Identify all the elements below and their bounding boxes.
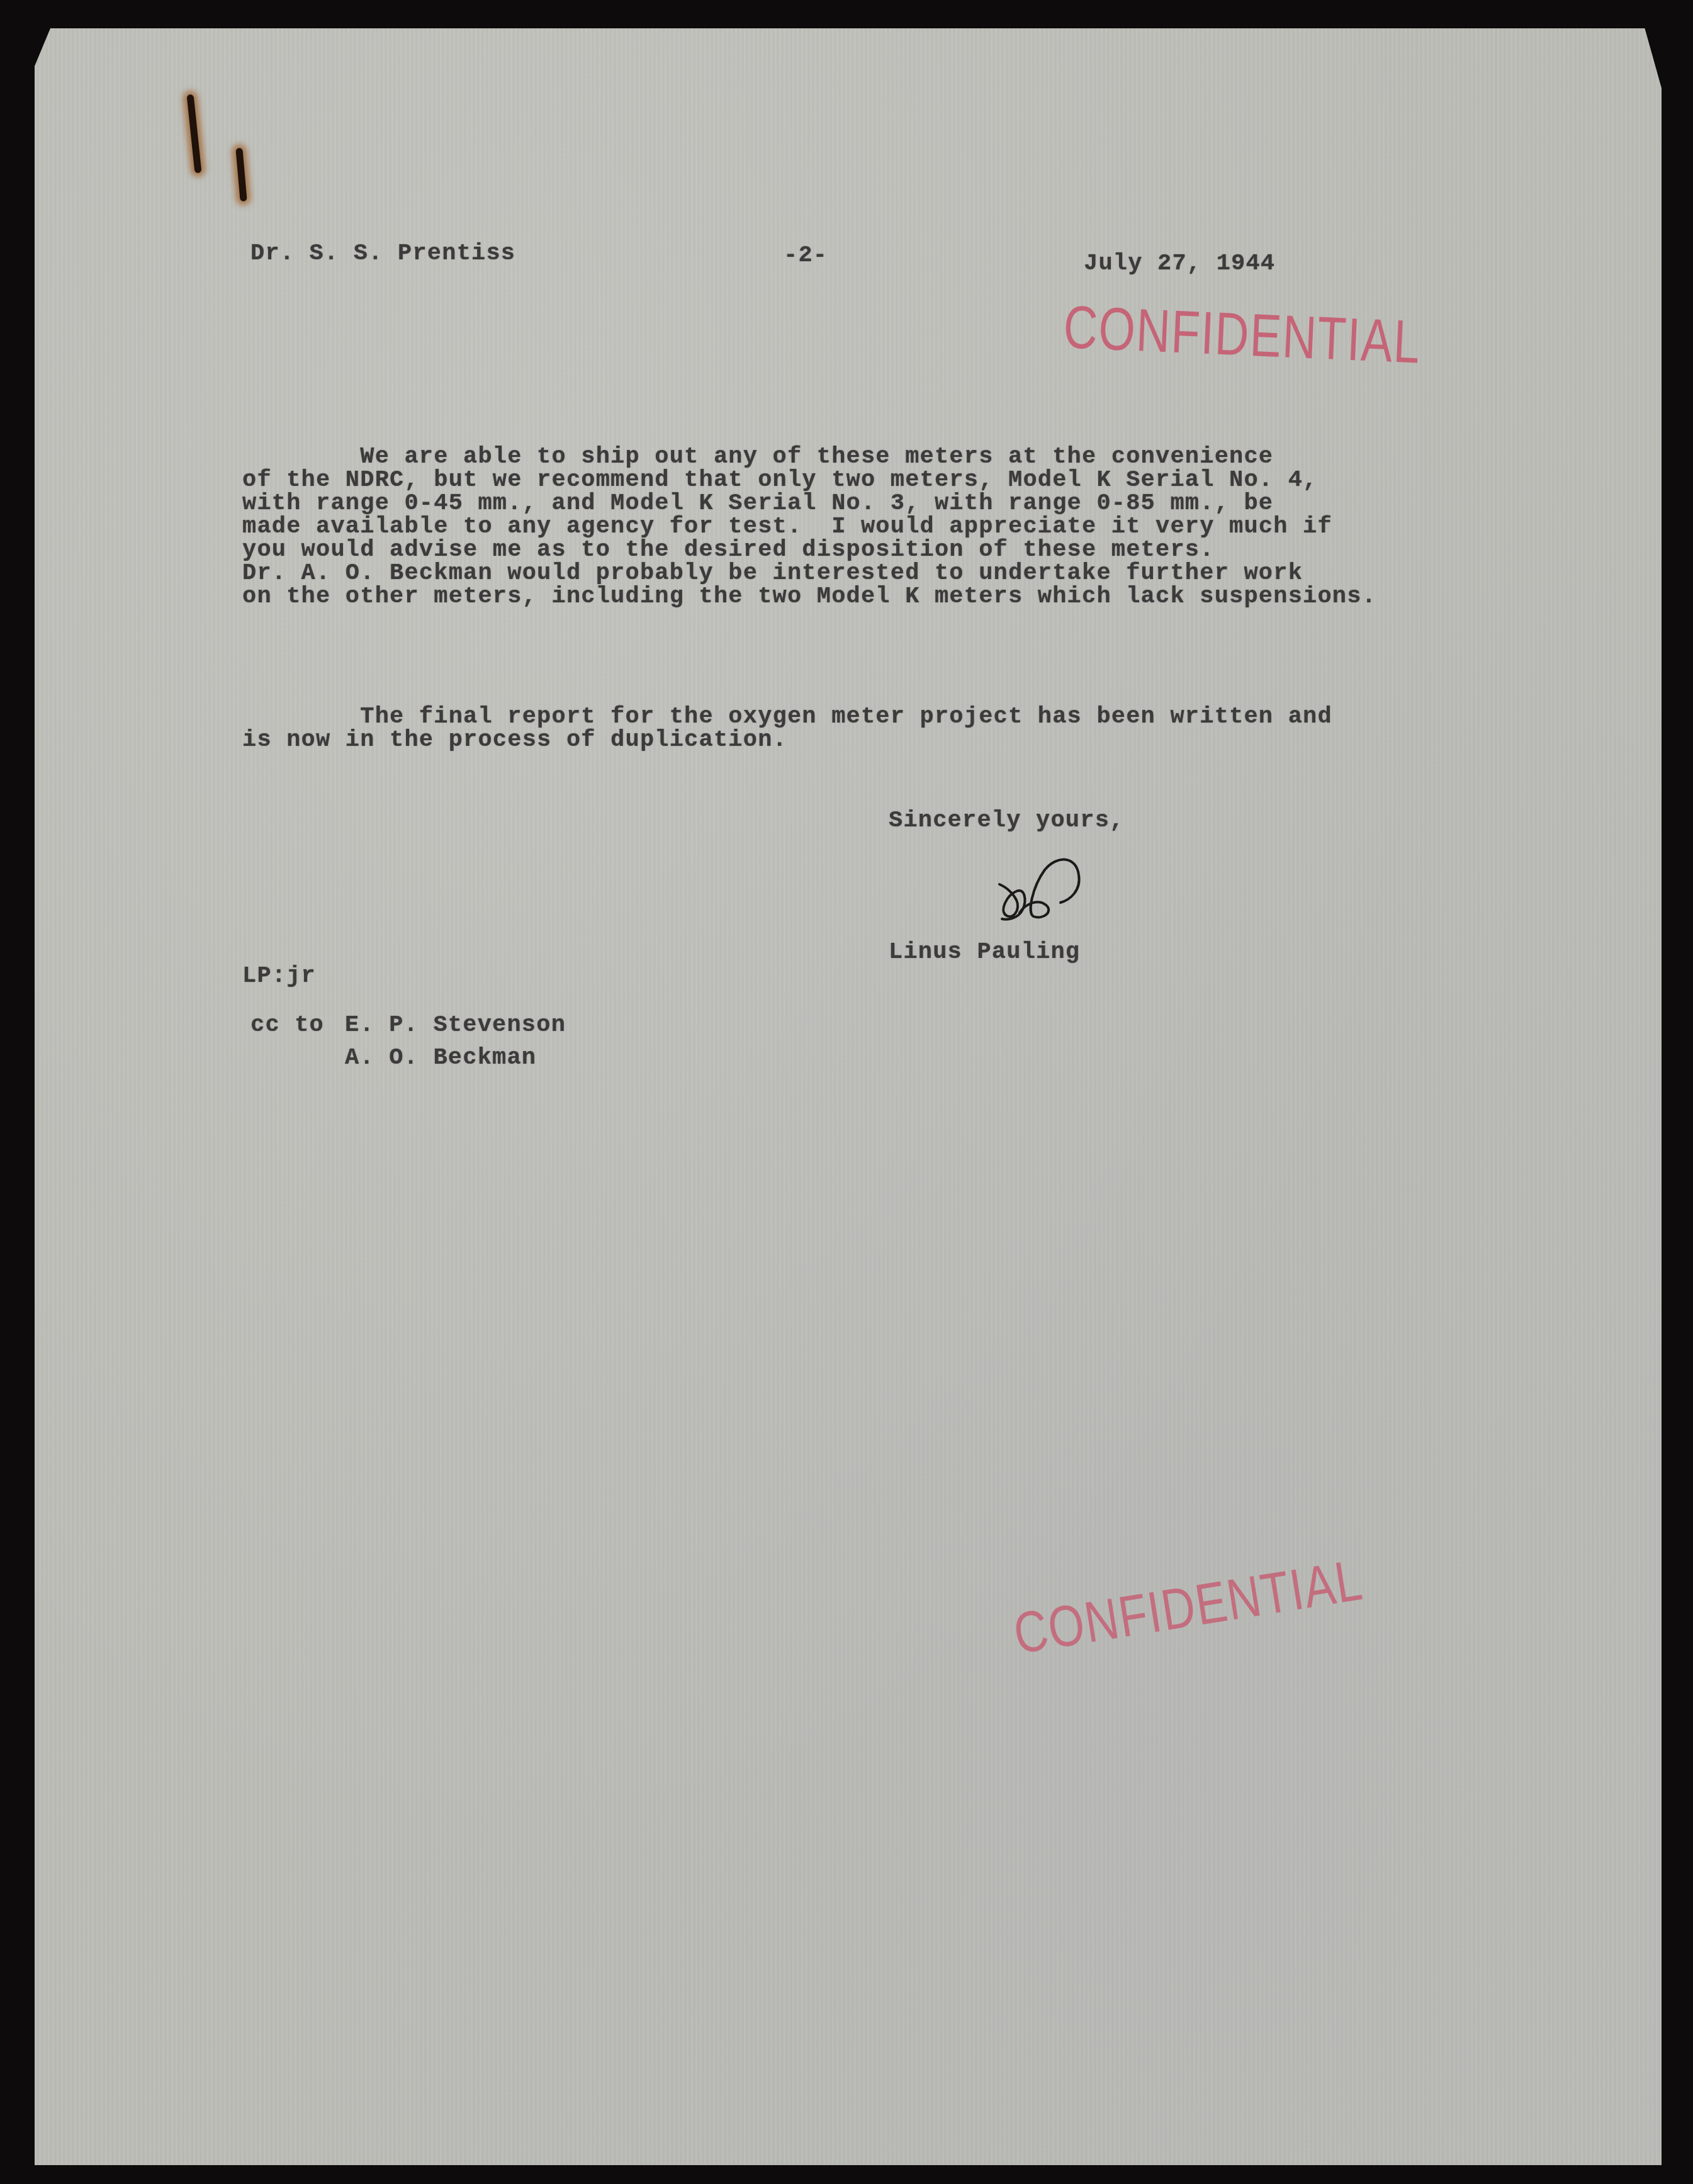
cc-recipient: A. O. Beckman [345,1045,536,1071]
paragraph-line: Dr. A. O. Beckman would probably be inte… [242,560,1303,587]
paragraph-line: of the NDRC, but we recommend that only … [242,467,1317,493]
closing-salutation: Sincerely yours, [889,808,1124,834]
paragraph-line: with range 0-45 mm., and Model K Serial … [242,490,1273,517]
paragraph-line: you would advise me as to the desired di… [242,537,1215,563]
letter-date: July 27, 1944 [1084,250,1275,277]
paragraph-line: We are able to ship out any of these met… [242,444,1273,470]
folded-corner-right [1644,25,1662,88]
signature-scrawl-icon [988,850,1095,932]
cc-label: cc to [250,1012,324,1039]
paragraph-line: The final report for the oxygen meter pr… [242,704,1332,730]
paragraph-line: is now in the process of duplication. [242,727,787,753]
paragraph-line: on the other meters, including the two M… [242,583,1376,610]
cc-recipient: E. P. Stevenson [345,1012,566,1039]
paragraph-line: made available to any agency for test. I… [242,514,1332,540]
folded-corner-left [35,28,50,66]
recipient-header: Dr. S. S. Prentiss [250,240,515,267]
handwritten-signature [988,850,1095,935]
reference-initials: LP:jr [242,963,316,989]
page-number: -2- [784,242,828,269]
signer-name: Linus Pauling [889,939,1080,965]
